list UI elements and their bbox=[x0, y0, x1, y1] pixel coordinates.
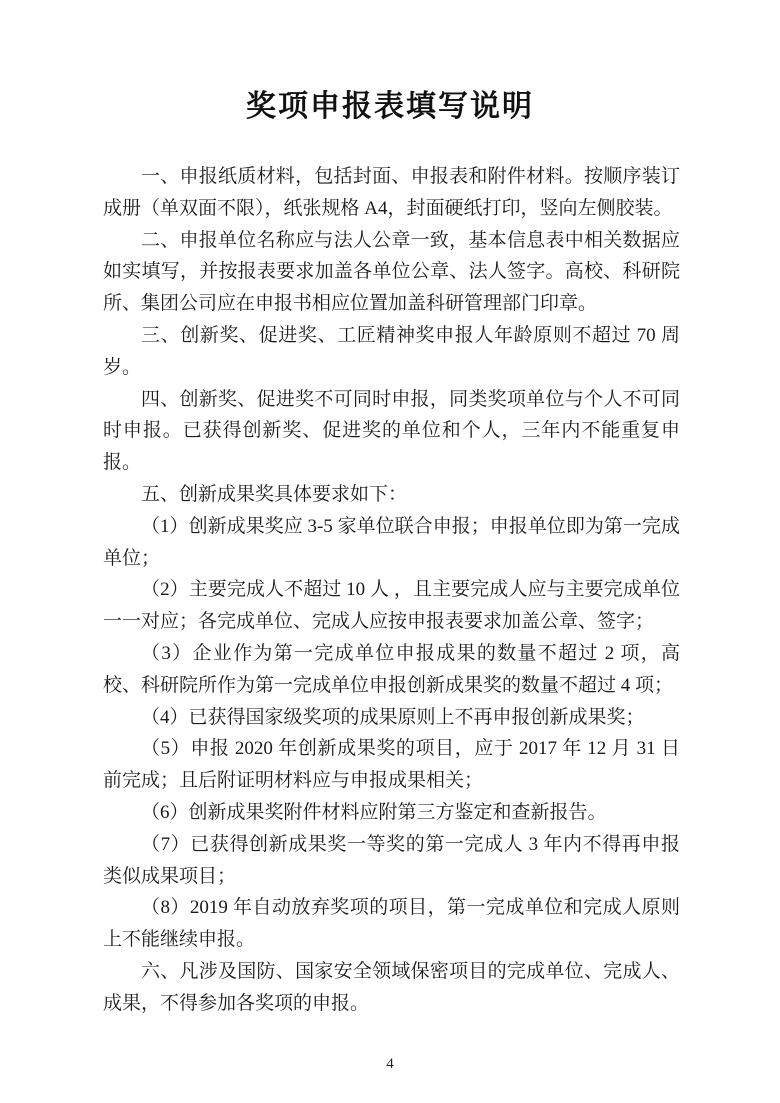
paragraph-1: 一、申报纸质材料，包括封面、申报表和附件材料。按顺序装订成册（单双面不限），纸张… bbox=[103, 161, 680, 225]
paragraph-3: 三、创新奖、促进奖、工匠精神奖申报人年龄原则不超过 70 周岁。 bbox=[103, 320, 680, 384]
paragraph-6: （1）创新成果奖应 3-5 家单位联合申报；申报单位即为第一完成单位； bbox=[103, 511, 680, 575]
paragraph-12: （7）已获得创新成果奖一等奖的第一完成人 3 年内不得再申报类似成果项目； bbox=[103, 829, 680, 893]
page-number: 4 bbox=[0, 1056, 780, 1073]
document-page: 奖项申报表填写说明 一、申报纸质材料，包括封面、申报表和附件材料。按顺序装订成册… bbox=[0, 0, 780, 1103]
paragraph-10: （5）申报 2020 年创新成果奖的项目，应于 2017 年 12 月 31 日… bbox=[103, 733, 680, 797]
paragraph-4: 四、创新奖、促进奖不可同时申报，同类奖项单位与个人不可同时申报。已获得创新奖、促… bbox=[103, 384, 680, 479]
paragraph-9: （4）已获得国家级奖项的成果原则上不再申报创新成果奖； bbox=[103, 702, 680, 734]
paragraph-2: 二、申报单位名称应与法人公章一致，基本信息表中相关数据应如实填写，并按报表要求加… bbox=[103, 225, 680, 320]
paragraph-11: （6）创新成果奖附件材料应附第三方鉴定和查新报告。 bbox=[103, 797, 680, 829]
paragraph-14: 六、凡涉及国防、国家安全领域保密项目的完成单位、完成人、成果，不得参加各奖项的申… bbox=[103, 956, 680, 1020]
paragraph-8: （3）企业作为第一完成单位申报成果的数量不超过 2 项，高校、科研院所作为第一完… bbox=[103, 638, 680, 702]
paragraph-5: 五、创新成果奖具体要求如下： bbox=[103, 479, 680, 511]
paragraph-7: （2）主要完成人不超过 10 人 ，且主要完成人应与主要完成单位一一对应；各完成… bbox=[103, 574, 680, 638]
page-title: 奖项申报表填写说明 bbox=[0, 86, 780, 128]
paragraph-13: （8）2019 年自动放弃奖项的项目，第一完成单位和完成人原则上不能继续申报。 bbox=[103, 892, 680, 956]
document-body: 一、申报纸质材料，包括封面、申报表和附件材料。按顺序装订成册（单双面不限），纸张… bbox=[103, 161, 680, 1020]
